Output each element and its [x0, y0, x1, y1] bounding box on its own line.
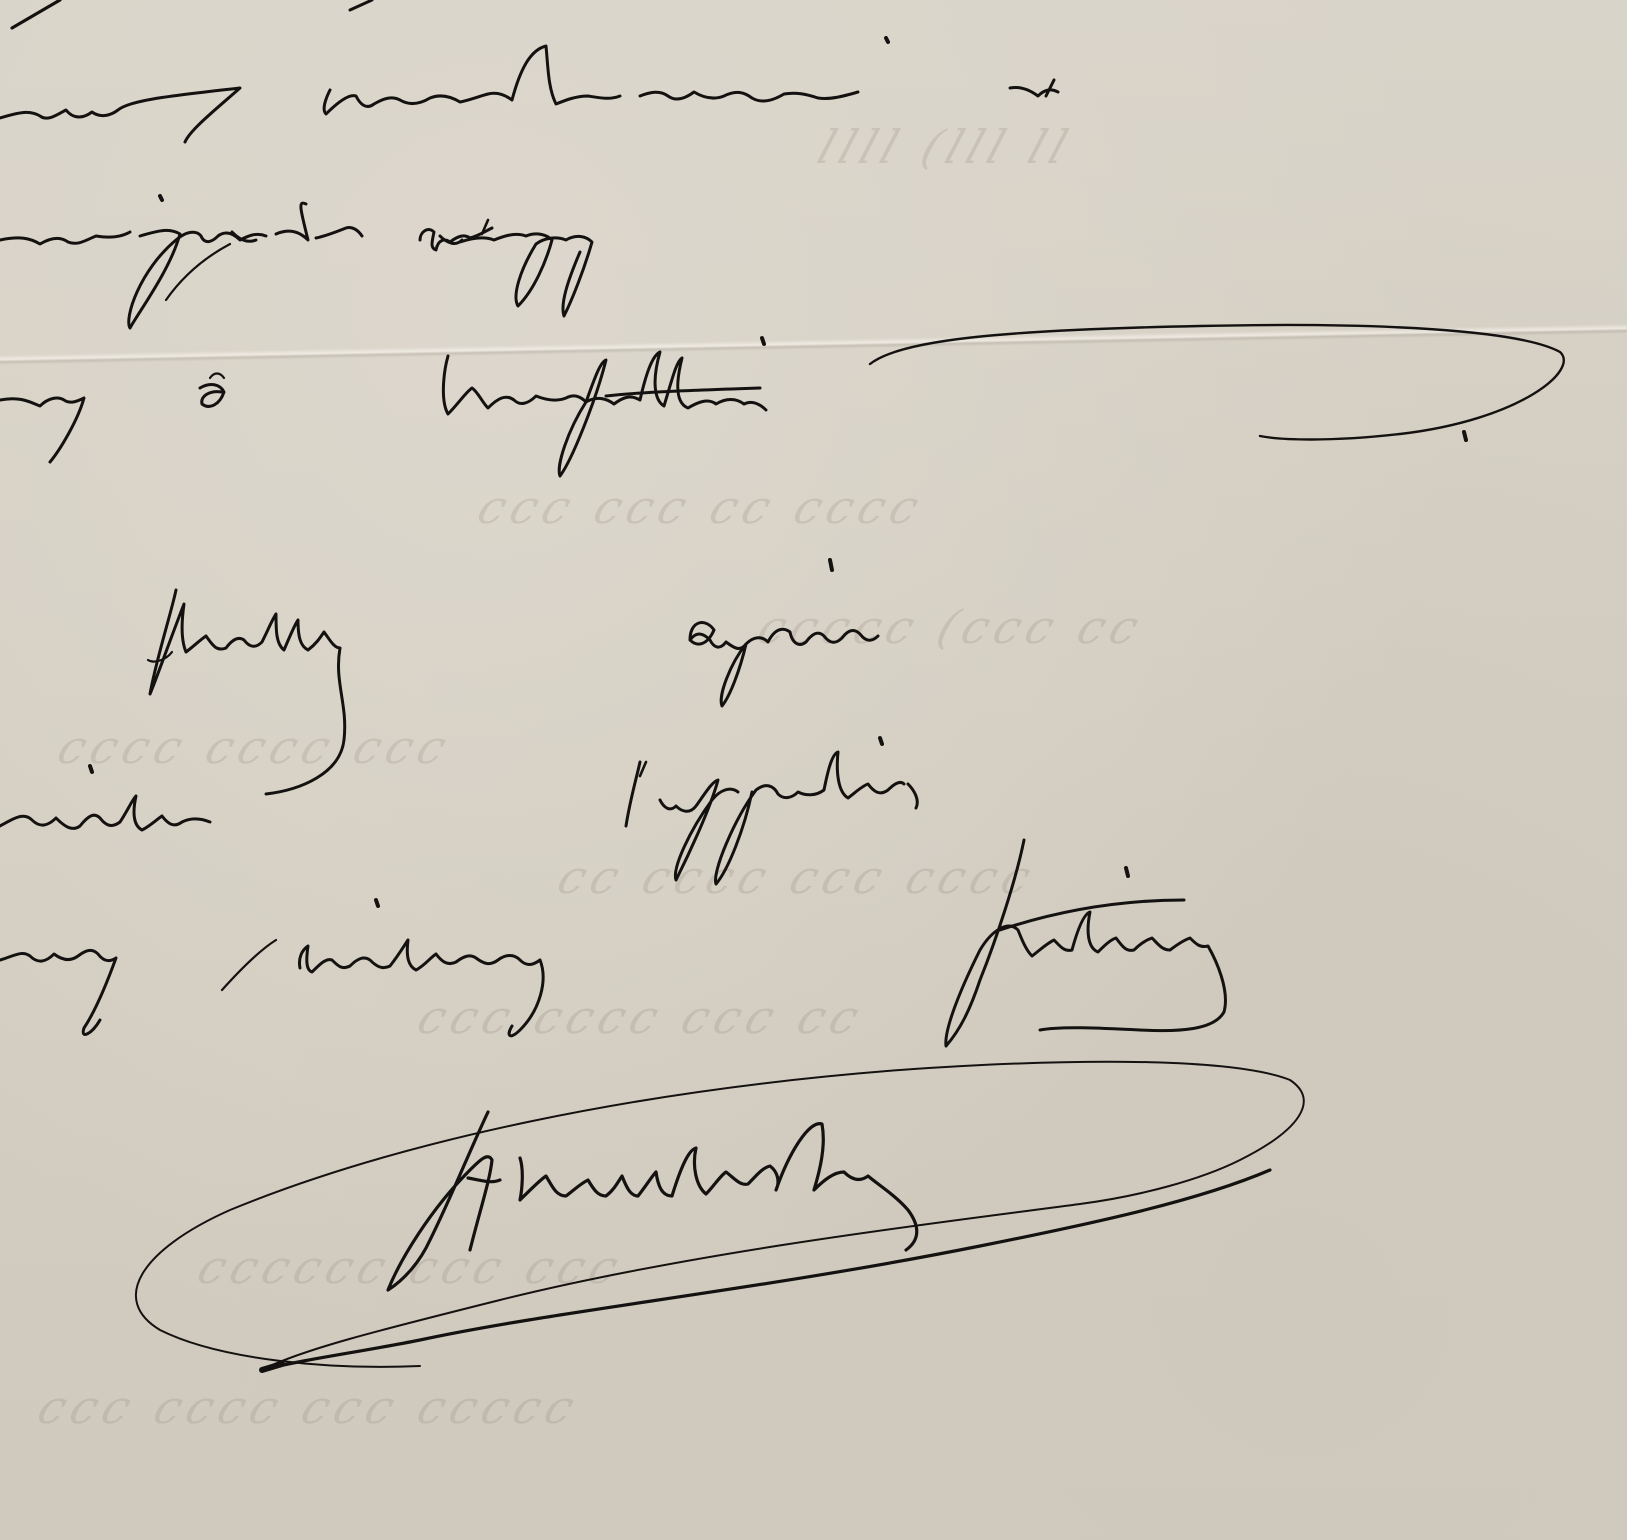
handwriting-line-1 [0, 38, 1058, 142]
handwriting-line-5 [0, 738, 917, 884]
signature [136, 1062, 1304, 1370]
letter-paper: llll (lll ll ccc ccc cc cccc ccccc (ccc … [0, 0, 1627, 1540]
handwriting-ink [0, 0, 1627, 1540]
handwriting-line-3 [0, 325, 1564, 476]
handwriting-line-6 [0, 840, 1225, 1046]
handwriting-line-4 [148, 560, 878, 794]
handwriting-line-2 [0, 196, 592, 328]
